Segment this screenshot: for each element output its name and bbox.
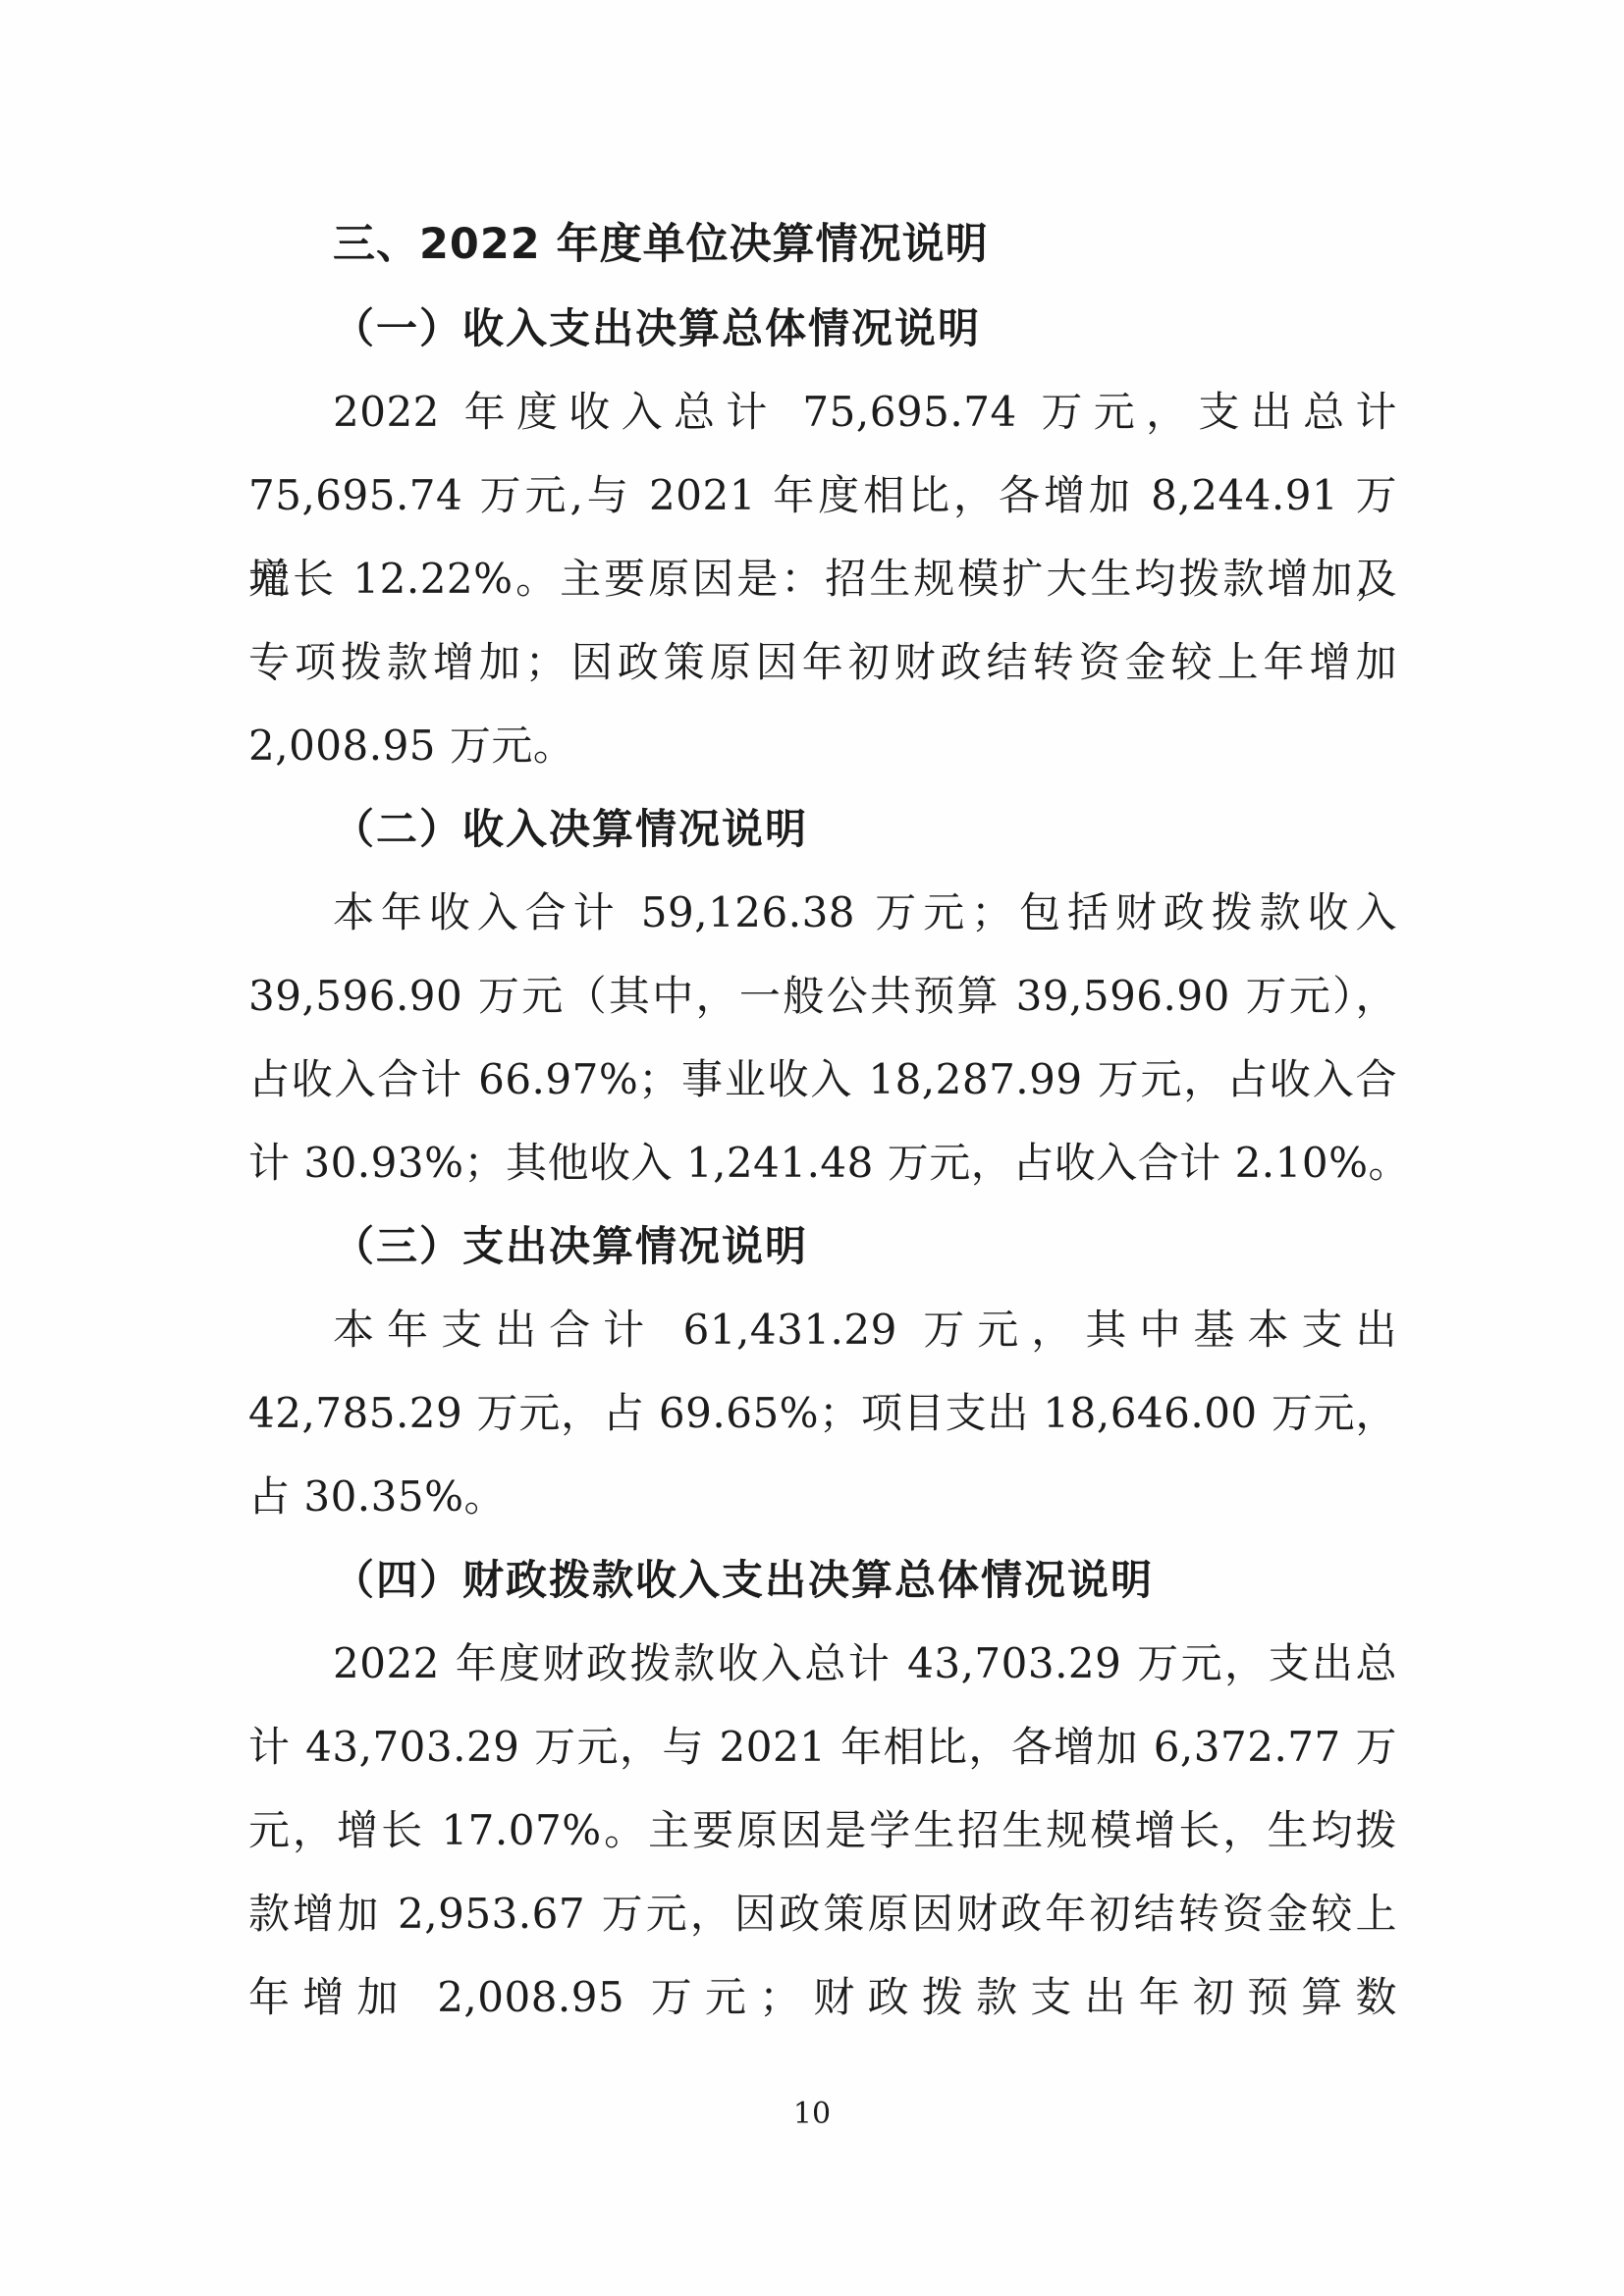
page-number: 10	[0, 2085, 1624, 2144]
section-4-paragraph-line: 计 43,703.29 万元，与 2021 年相比，各增加 6,372.77 万	[248, 1705, 1397, 1789]
section-4-paragraph-line: 元，增长 17.07%。主要原因是学生招生规模增长，生均拨	[248, 1789, 1397, 1872]
section-2-paragraph-line: 计 30.93%；其他收入 1,241.48 万元，占收入合计 2.10%。	[248, 1121, 1397, 1204]
section-1-paragraph-line: 75,695.74 万元,与 2021 年度相比，各增加 8,244.91 万元…	[248, 454, 1397, 537]
section-4-paragraph-line: 款增加 2,953.67 万元，因政策原因财政年初结转资金较上	[248, 1872, 1397, 1955]
section-1-paragraph-line: 专项拨款增加；因政策原因年初财政结转资金较上年增加	[248, 620, 1397, 704]
section-4-paragraph-line: 年增加 2,008.95 万元；财政拨款支出年初预算数	[248, 1955, 1397, 2039]
section-1-paragraph-line: 2,008.95 万元。	[248, 704, 1397, 787]
section-3-paragraph-line: 占 30.35%。	[248, 1455, 1397, 1538]
section-4-paragraph-line: 2022 年度财政拨款收入总计 43,703.29 万元，支出总	[248, 1622, 1397, 1705]
chapter-heading: 三、2022 年度单位决算情况说明	[248, 203, 1397, 287]
document-page: 三、2022 年度单位决算情况说明 （一）收入支出决算总体情况说明 2022 年…	[0, 0, 1624, 2296]
section-3-paragraph-line: 本年支出合计 61,431.29 万元，其中基本支出	[248, 1288, 1397, 1371]
text-column: 三、2022 年度单位决算情况说明 （一）收入支出决算总体情况说明 2022 年…	[248, 203, 1397, 2039]
section-2-paragraph-line: 本年收入合计 59,126.38 万元；包括财政拨款收入	[248, 871, 1397, 954]
section-3-paragraph-line: 42,785.29 万元，占 69.65%；项目支出 18,646.00 万元，	[248, 1371, 1397, 1455]
section-1-paragraph-line: 增长 12.22%。主要原因是：招生规模扩大生均拨款增加及	[248, 537, 1397, 620]
section-4-heading: （四）财政拨款收入支出决算总体情况说明	[248, 1538, 1397, 1622]
section-2-paragraph-line: 39,596.90 万元（其中，一般公共预算 39,596.90 万元），	[248, 954, 1397, 1038]
section-1-paragraph-line: 2022 年度收入总计 75,695.74 万元，支出总计	[248, 370, 1397, 454]
section-1-heading: （一）收入支出决算总体情况说明	[248, 287, 1397, 370]
section-2-paragraph-line: 占收入合计 66.97%；事业收入 18,287.99 万元，占收入合	[248, 1038, 1397, 1121]
section-2-heading: （二）收入决算情况说明	[248, 787, 1397, 871]
section-3-heading: （三）支出决算情况说明	[248, 1204, 1397, 1288]
